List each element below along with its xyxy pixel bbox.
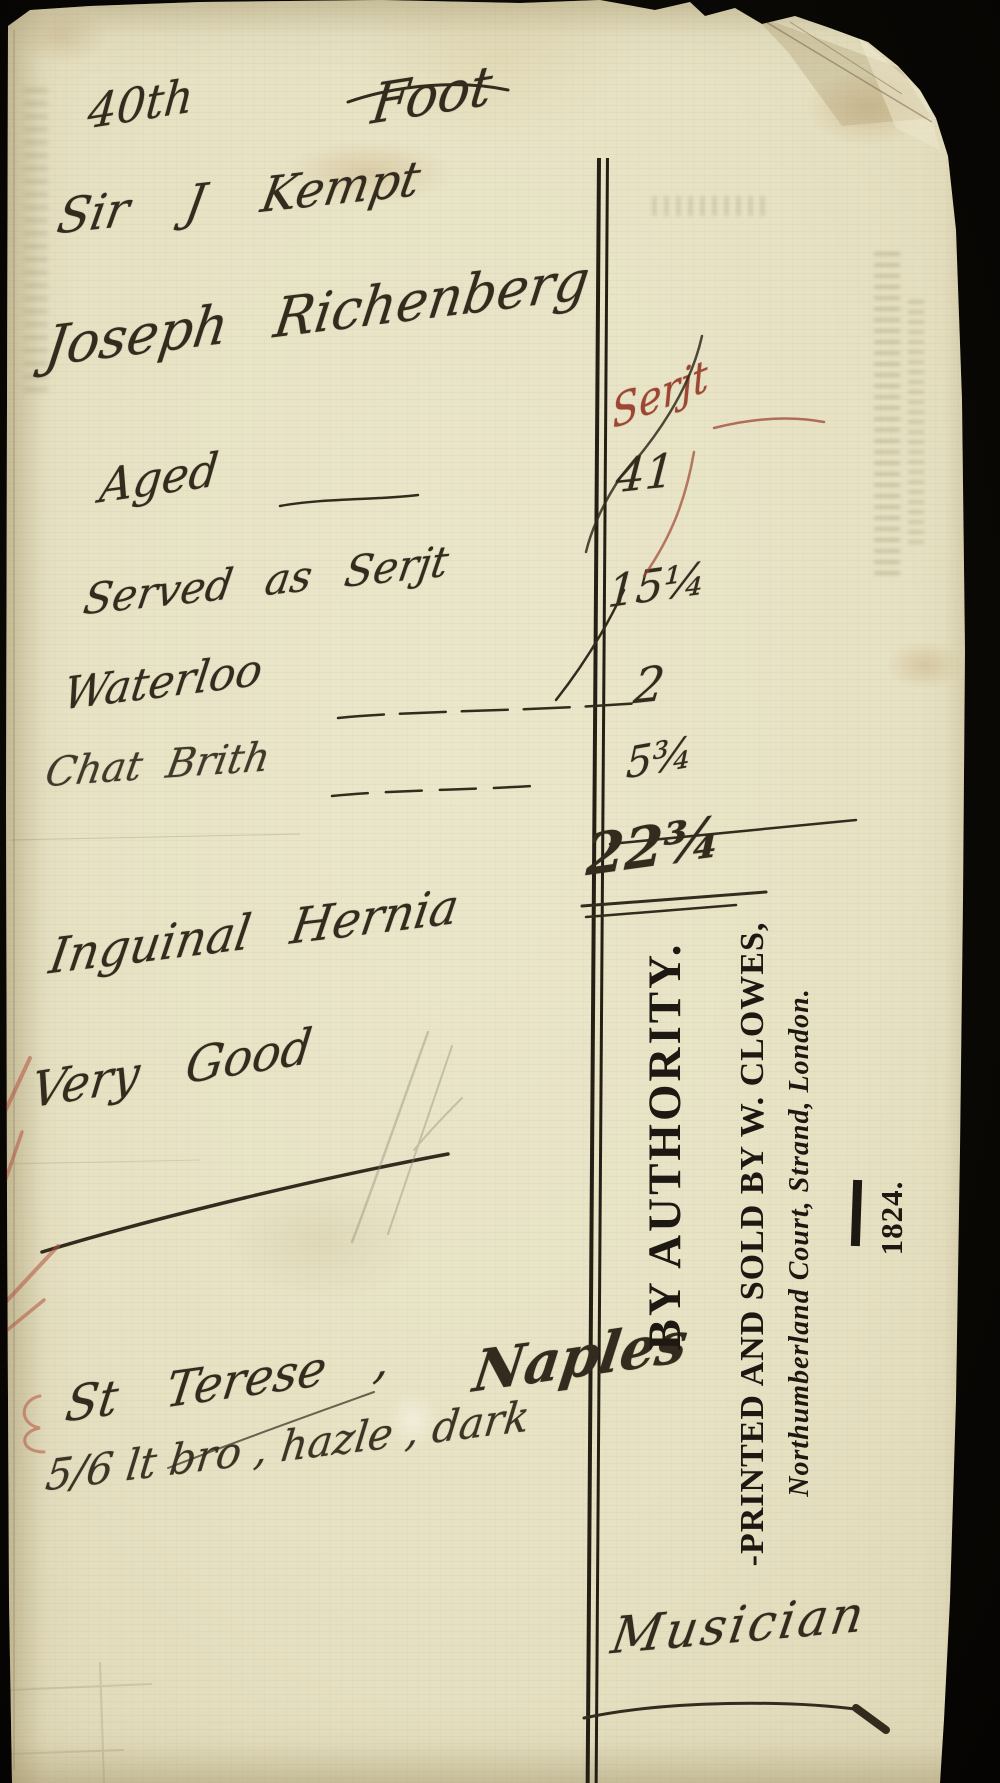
document-paper: 40th Foot Sir J Kempt Joseph Richenberg … [0, 0, 1000, 1783]
bleedthrough-column [874, 252, 900, 582]
imprint-authority: BY AUTHORITY. [642, 920, 689, 1372]
row-label-aged: Aged [97, 443, 221, 514]
row-value-waterloo: 2 [631, 656, 667, 715]
regiment-number: 40th [86, 69, 196, 140]
row-value-chat-brith: 5¾ [625, 728, 693, 789]
row-value-served: 15¼ [606, 554, 707, 619]
conduct-note: Very Good [29, 1019, 315, 1120]
imprint-printer: -PRINTED AND SOLD BY W. CLOWES, [736, 838, 770, 1650]
scan-background: 40th Foot Sir J Kempt Joseph Richenberg … [0, 0, 1000, 1783]
service-total: 22¾ [585, 805, 722, 889]
bleedthrough-row [652, 196, 772, 216]
medical-note: Inguinal Hernia [46, 879, 463, 986]
soldier-name: Joseph Richenberg [42, 249, 594, 379]
rank-annotation-red: Serjt [610, 350, 710, 439]
bleedthrough-column [908, 300, 924, 550]
imprint-year: 1824. [876, 1162, 907, 1274]
row-label-served: Served as Serjt [80, 537, 452, 625]
commander-name: Sir J Kempt [53, 151, 424, 246]
row-value-aged: 41 [614, 444, 676, 504]
imprint-address: Northumberland Court, Strand, London. [786, 910, 814, 1575]
verso-table-lines [8, 1662, 152, 1783]
pencil-marks [352, 1032, 462, 1242]
row-label-chat-brith: Chat Brith [42, 734, 274, 796]
regiment-type: Foot [368, 54, 496, 137]
imprint-divider-dash [851, 1180, 862, 1246]
row-label-waterloo: Waterloo [60, 645, 265, 721]
